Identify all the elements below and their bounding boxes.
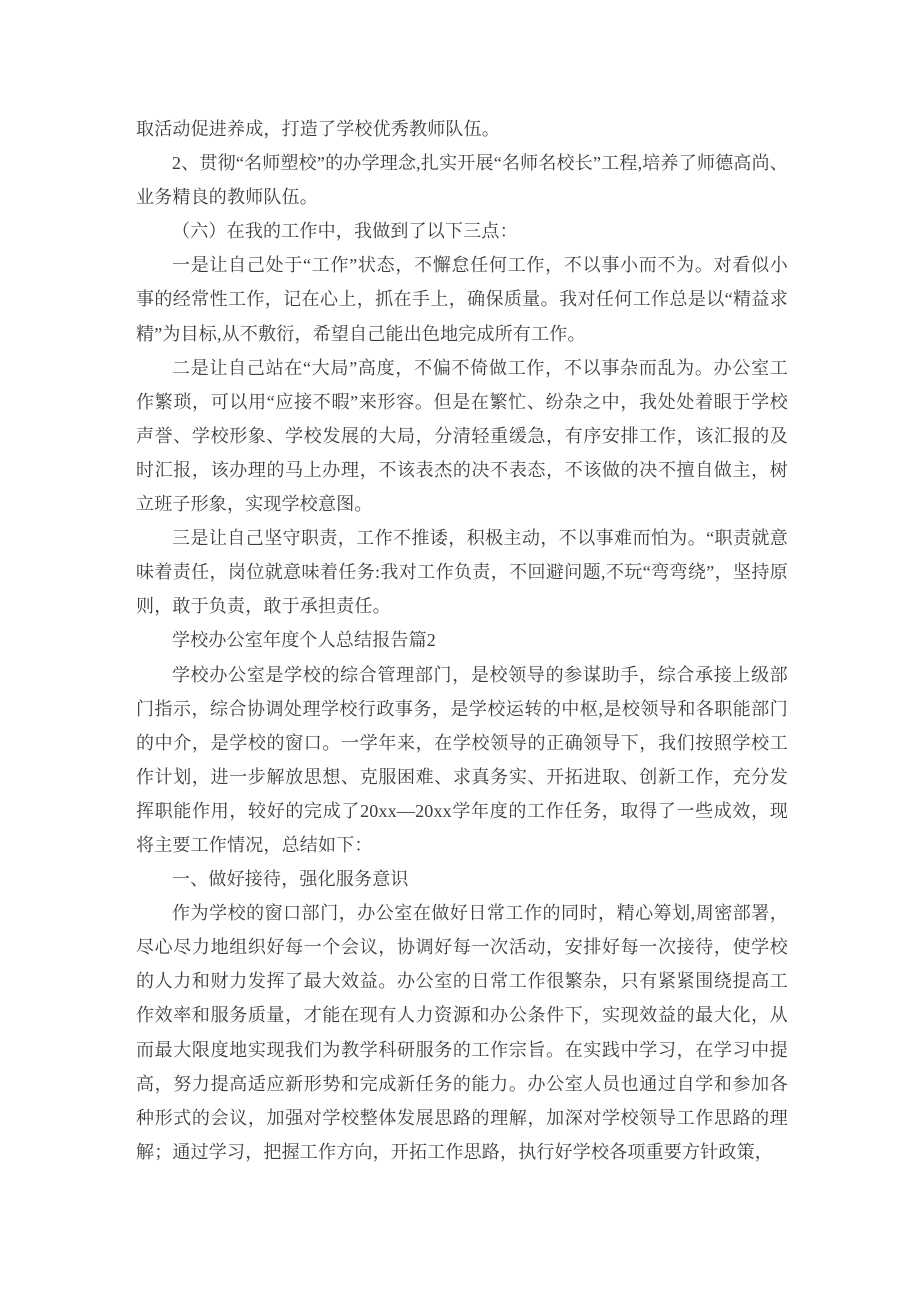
para-point-three: 三是让自己坚守职责，工作不推诿，积极主动，不以事难而怕为。“职责就意味着责任，岗… (136, 521, 788, 623)
para-point-two: 二是让自己站在“大局”高度，不偏不倚做工作，不以事杂而乱为。办公室工作繁琐，可以… (136, 351, 788, 521)
para-reception-service: 作为学校的窗口部门，办公室在做好日常工作的同时，精心筹划,周密部署，尽心尽力地组… (136, 896, 788, 1169)
document-body: 取活动促进养成，打造了学校优秀教师队伍。2、贯彻“名师塑校”的办学理念,扎实开展… (136, 112, 788, 1169)
heading-section-one: 一、做好接待，强化服务意识 (136, 862, 788, 896)
document-page: 取活动促进养成，打造了学校优秀教师队伍。2、贯彻“名师塑校”的办学理念,扎实开展… (0, 0, 920, 1301)
para-point-one: 一是让自己处于“工作”状态，不懈怠任何工作，不以事小而不为。对看似小事的经常性工… (136, 248, 788, 350)
para-office-intro: 学校办公室是学校的综合管理部门，是校领导的参谋助手，综合承接上级部门指示，综合协… (136, 658, 788, 863)
heading-report-part-2: 学校办公室年度个人总结报告篇2 (136, 623, 788, 657)
para-continuation: 取活动促进养成，打造了学校优秀教师队伍。 (136, 112, 788, 146)
para-item-2: 2、贯彻“名师塑校”的办学理念,扎实开展“名师名校长”工程,培养了师德高尚、业务… (136, 146, 788, 214)
para-section-six: （六）在我的工作中，我做到了以下三点： (136, 214, 788, 248)
